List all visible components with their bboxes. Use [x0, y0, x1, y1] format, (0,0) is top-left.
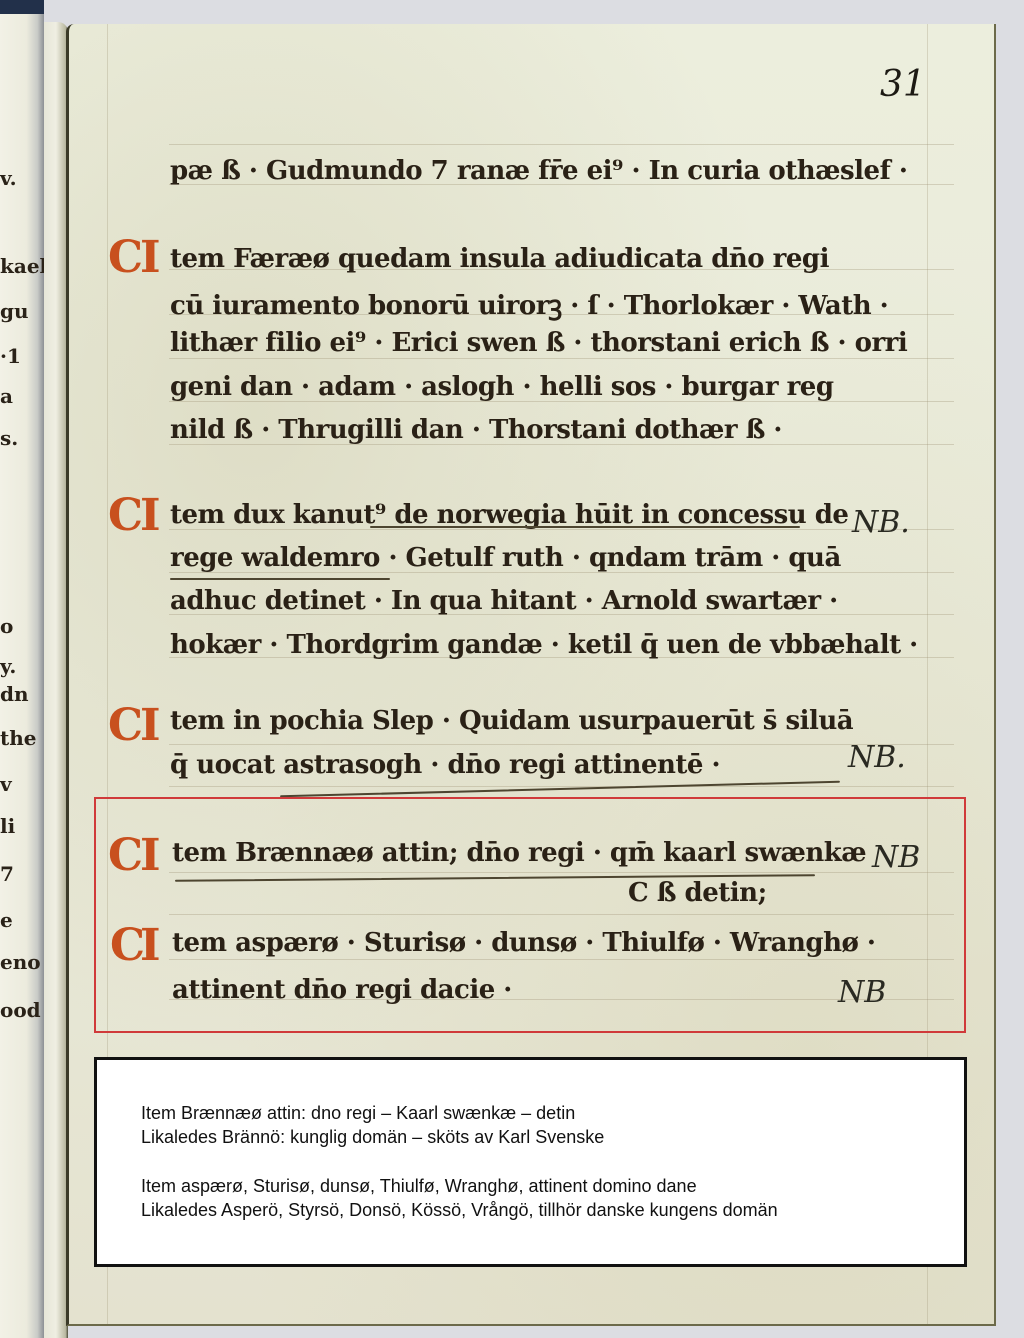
manuscript-line: hokær · Thordgrim gandæ · ketil q̄ uen d… [170, 630, 918, 660]
left-page-fragment: the [0, 726, 37, 750]
manuscript-line: tem Færæø quedam insula adiudicata dn̄o … [170, 244, 829, 274]
left-page-fragment: a [0, 384, 13, 408]
manuscript-line: cū iuramento bonorū uirorꝫ · ſ · Thorlok… [170, 286, 888, 322]
left-page-fragment: eno [0, 950, 41, 974]
manuscript-line: pæ ß · Gudmundo 7 ranæ fr̄e ei⁹ · In cur… [170, 156, 907, 186]
left-page-fragment: s. [0, 426, 18, 450]
initial-letter: I [140, 232, 161, 283]
manuscript-line: attinent dn̄o regi dacie · [172, 975, 512, 1005]
ruling-line [169, 144, 954, 145]
manuscript-line: nild ß · Thrugilli dan · Thorstani dothæ… [170, 415, 782, 445]
underline-stroke [170, 578, 390, 580]
left-page-fragment: y. [0, 654, 16, 678]
paragraph-mark: C [108, 830, 143, 881]
left-page-fragment: gu [0, 299, 29, 323]
margin-note: NB [872, 840, 920, 875]
caption-swedish-line-2: Likaledes Asperö, Styrsö, Donsö, Kössö, … [141, 1200, 778, 1221]
left-page-fragment: ood [0, 998, 41, 1022]
caption-latin-line-2: Item aspærø, Sturisø, dunsø, Thiulfø, Wr… [141, 1176, 697, 1197]
left-page-fragment: v. [0, 166, 17, 190]
translation-caption-box: Item Brænnæø attin: dno regi – Kaarl swæ… [94, 1057, 967, 1267]
left-page-fragment: v [0, 772, 12, 796]
margin-note: NB. [848, 740, 906, 775]
initial-letter: I [140, 920, 161, 971]
manuscript-line: C ß detin; [628, 878, 767, 908]
left-page-fragment: o [0, 614, 13, 638]
left-page: v. kael gu ·1 a s. o y. dn the v li 7 e … [0, 14, 44, 1338]
left-page-fragment: ·1 [0, 344, 21, 368]
ruling-line [169, 358, 954, 359]
initial-letter: I [140, 830, 161, 881]
ruling-line [169, 744, 954, 745]
left-page-fragment: 7 [0, 862, 14, 886]
manuscript-line: lithær filio ei⁹ · Erici swen ß · thorst… [170, 328, 907, 358]
paragraph-mark: C [108, 700, 143, 751]
manuscript-line: adhuc detinet · In qua hitant · Arnold s… [170, 586, 838, 616]
initial-letter: I [140, 700, 161, 751]
left-page-fragment: li [0, 814, 15, 838]
underline-stroke [370, 526, 800, 528]
ruling-line [169, 786, 954, 787]
manuscript-line: geni dan · adam · aslogh · helli sos · b… [170, 372, 834, 402]
manuscript-line: tem Brænnæø attin; dn̄o regi · qm̄ kaarl… [172, 838, 866, 868]
initial-letter: I [140, 490, 161, 541]
left-page-fragment: dn [0, 682, 29, 706]
caption-latin-line-1: Item Brænnæø attin: dno regi – Kaarl swæ… [141, 1103, 575, 1124]
left-page-fragment: e [0, 908, 13, 932]
manuscript-line: q̄ uocat astrasogh · dn̄o regi attinentē… [170, 750, 720, 780]
page-gutter [44, 22, 68, 1338]
margin-note: NB [838, 975, 886, 1010]
folio-number: 31 [880, 64, 926, 105]
manuscript-line: tem in pochia Slep · Quidam usurpauerūt … [170, 706, 853, 736]
margin-note: NB. [852, 505, 910, 540]
manuscript-line: rege waldemro · Getulf ruth · qndam trām… [170, 543, 841, 573]
left-page-fragment: kael [0, 254, 47, 278]
manuscript-line: tem aspærø · Sturisø · dunsø · Thiulfø ·… [172, 928, 875, 958]
caption-swedish-line-1: Likaledes Brännö: kunglig domän – sköts … [141, 1127, 604, 1148]
paragraph-mark: C [108, 490, 143, 541]
paragraph-mark: C [108, 232, 143, 283]
